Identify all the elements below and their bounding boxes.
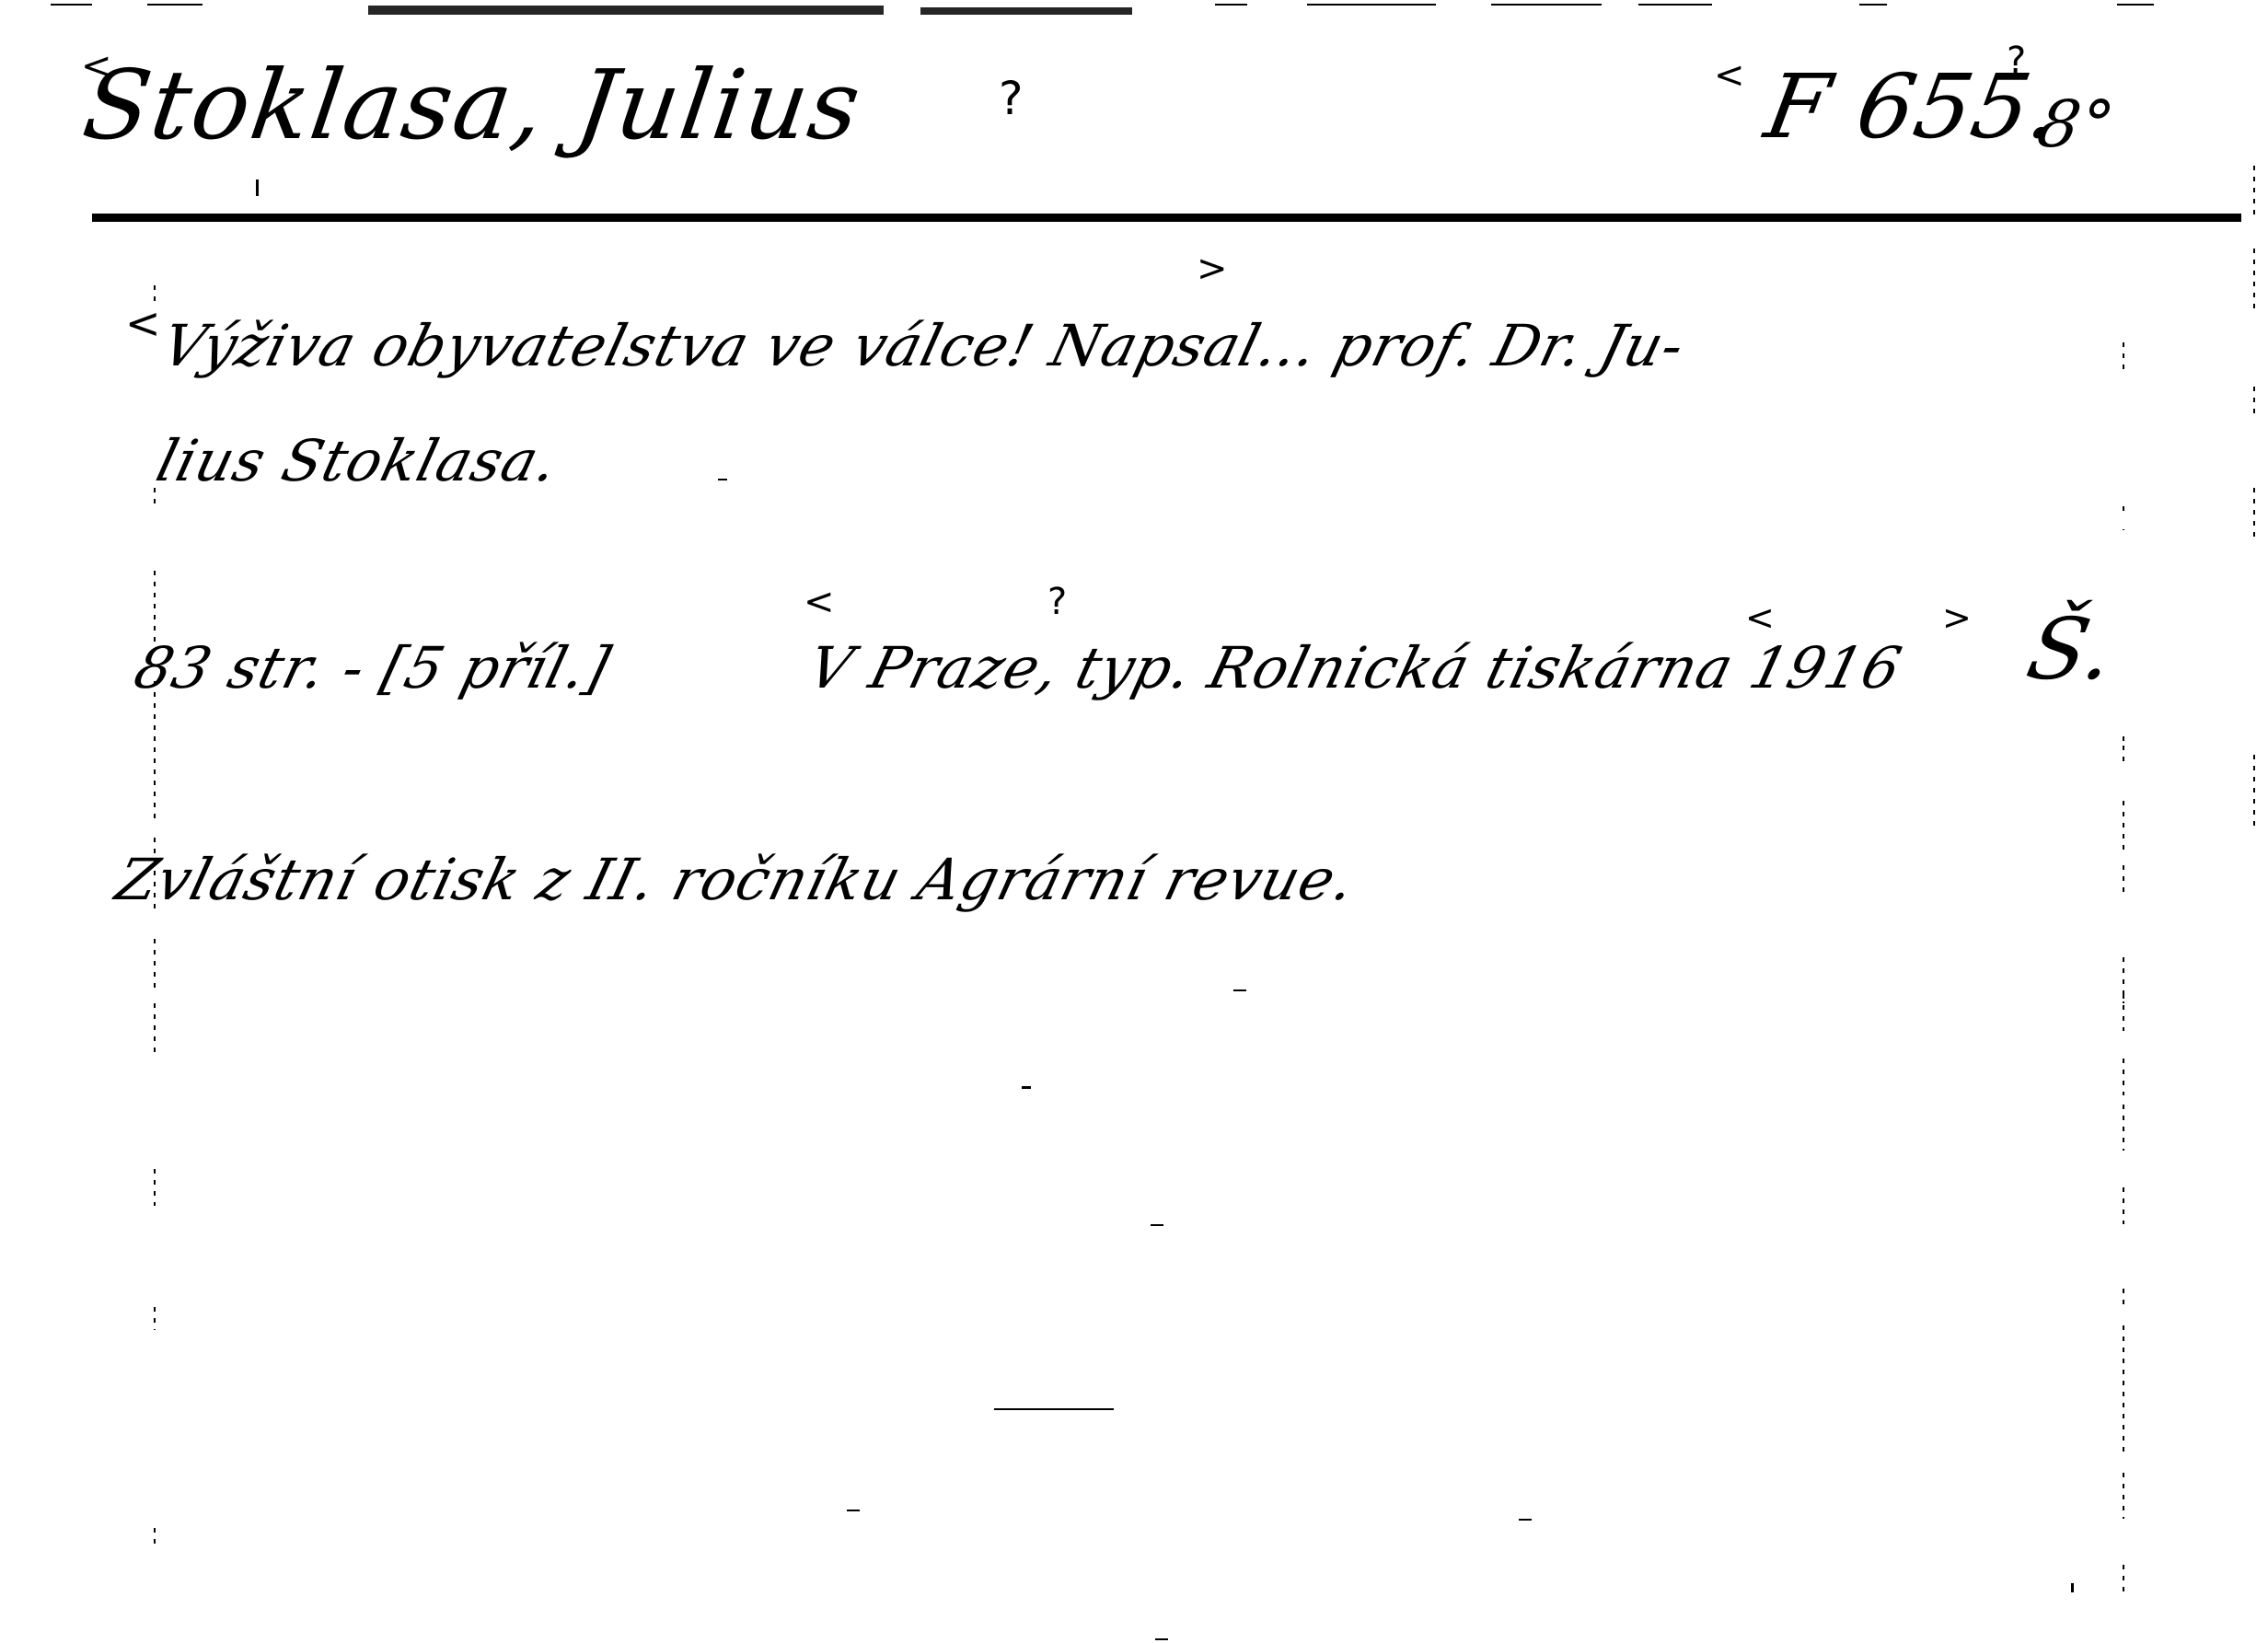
right-margin-dots — [2123, 1565, 2124, 1592]
scan-speck — [847, 1510, 860, 1511]
right-margin-dots — [2123, 1105, 2124, 1151]
right-margin-dots — [2123, 1289, 2124, 1307]
scan-noise — [368, 6, 884, 15]
left-margin-dots — [154, 838, 156, 911]
author-heading: Stoklasa, Julius — [78, 57, 868, 153]
scan-speck — [1233, 989, 1246, 991]
format-size: 8° — [2033, 92, 2120, 156]
scan-noise — [920, 7, 1132, 15]
scan-noise — [51, 4, 92, 6]
title-open-bracket: < — [125, 302, 161, 344]
scan-speck — [256, 179, 259, 196]
right-margin-dots — [2123, 506, 2124, 515]
scan-speck — [1022, 1086, 1031, 1089]
title-line-1: Výživa obyvatelstva ve válce! Napsal... … — [156, 318, 1690, 375]
title-close-mark: > — [1197, 250, 1228, 287]
imprint-open-bracket: < — [804, 584, 835, 620]
scan-speck — [994, 1408, 1114, 1410]
right-margin-dots — [2123, 801, 2124, 856]
scan-speck — [1151, 1224, 1163, 1226]
imprint: V Praze, typ. Rolnická tiskárna 1916 — [803, 640, 1907, 697]
left-margin-dots — [154, 939, 156, 994]
scan-noise — [147, 4, 202, 6]
right-margin-dots — [2123, 736, 2124, 746]
date-open-bracket: < — [1745, 600, 1775, 635]
scan-noise — [1491, 4, 1602, 6]
note-offprint: Zvláštní otisk z II. ročníku Agrární rev… — [110, 851, 1360, 908]
edge-marks — [2253, 249, 2255, 313]
call-number-open-bracket: < — [1714, 57, 1745, 94]
right-margin-dots — [2123, 994, 2124, 1031]
scan-speck — [1519, 1519, 1532, 1521]
date-close-bracket: > — [1942, 600, 1972, 635]
right-margin-dots — [2123, 1187, 2124, 1224]
right-margin-dots — [2123, 1059, 2124, 1095]
scan-noise — [1215, 4, 1247, 6]
right-margin-dots — [2123, 1325, 2124, 1454]
left-margin-dots — [154, 1528, 156, 1546]
edge-marks — [2253, 488, 2255, 543]
right-margin-dots — [2123, 746, 2124, 764]
scan-speck — [2071, 1583, 2074, 1592]
imprint-close-bracket: ? — [1047, 584, 1067, 620]
right-margin-dots — [2123, 865, 2124, 897]
call-number-close-bracket: ? — [2007, 42, 2026, 79]
edge-marks — [2253, 755, 2255, 828]
catalog-card: < Stoklasa, Julius ? < F 655. ? 8° < > V… — [0, 0, 2268, 1643]
scan-noise — [1638, 4, 1712, 6]
left-margin-dots — [154, 1003, 156, 1059]
left-margin-dots — [154, 1169, 156, 1206]
left-margin-dots — [154, 1307, 156, 1330]
left-margin-dots — [154, 285, 156, 304]
right-margin-dots — [2123, 1473, 2124, 1519]
scan-noise — [1859, 4, 1887, 6]
left-margin-dots — [154, 571, 156, 644]
left-margin-dots — [154, 488, 156, 506]
right-margin-dots — [2123, 342, 2124, 370]
scan-speck — [718, 479, 727, 480]
edge-marks — [2253, 166, 2255, 221]
collation: 83 str. - [5 příl.] — [129, 640, 616, 697]
scan-noise — [1307, 4, 1436, 6]
title-line-2: lius Stoklasa. — [151, 433, 563, 490]
scan-noise — [2117, 4, 2154, 6]
heading-rule — [92, 214, 2241, 222]
signature-mark: Š. — [2020, 607, 2123, 692]
heading-close-bracket: ? — [999, 75, 1024, 121]
right-margin-dots — [2123, 529, 2124, 530]
edge-marks — [2253, 387, 2255, 414]
left-margin-dots — [154, 681, 156, 819]
scan-speck — [1155, 1638, 1168, 1640]
